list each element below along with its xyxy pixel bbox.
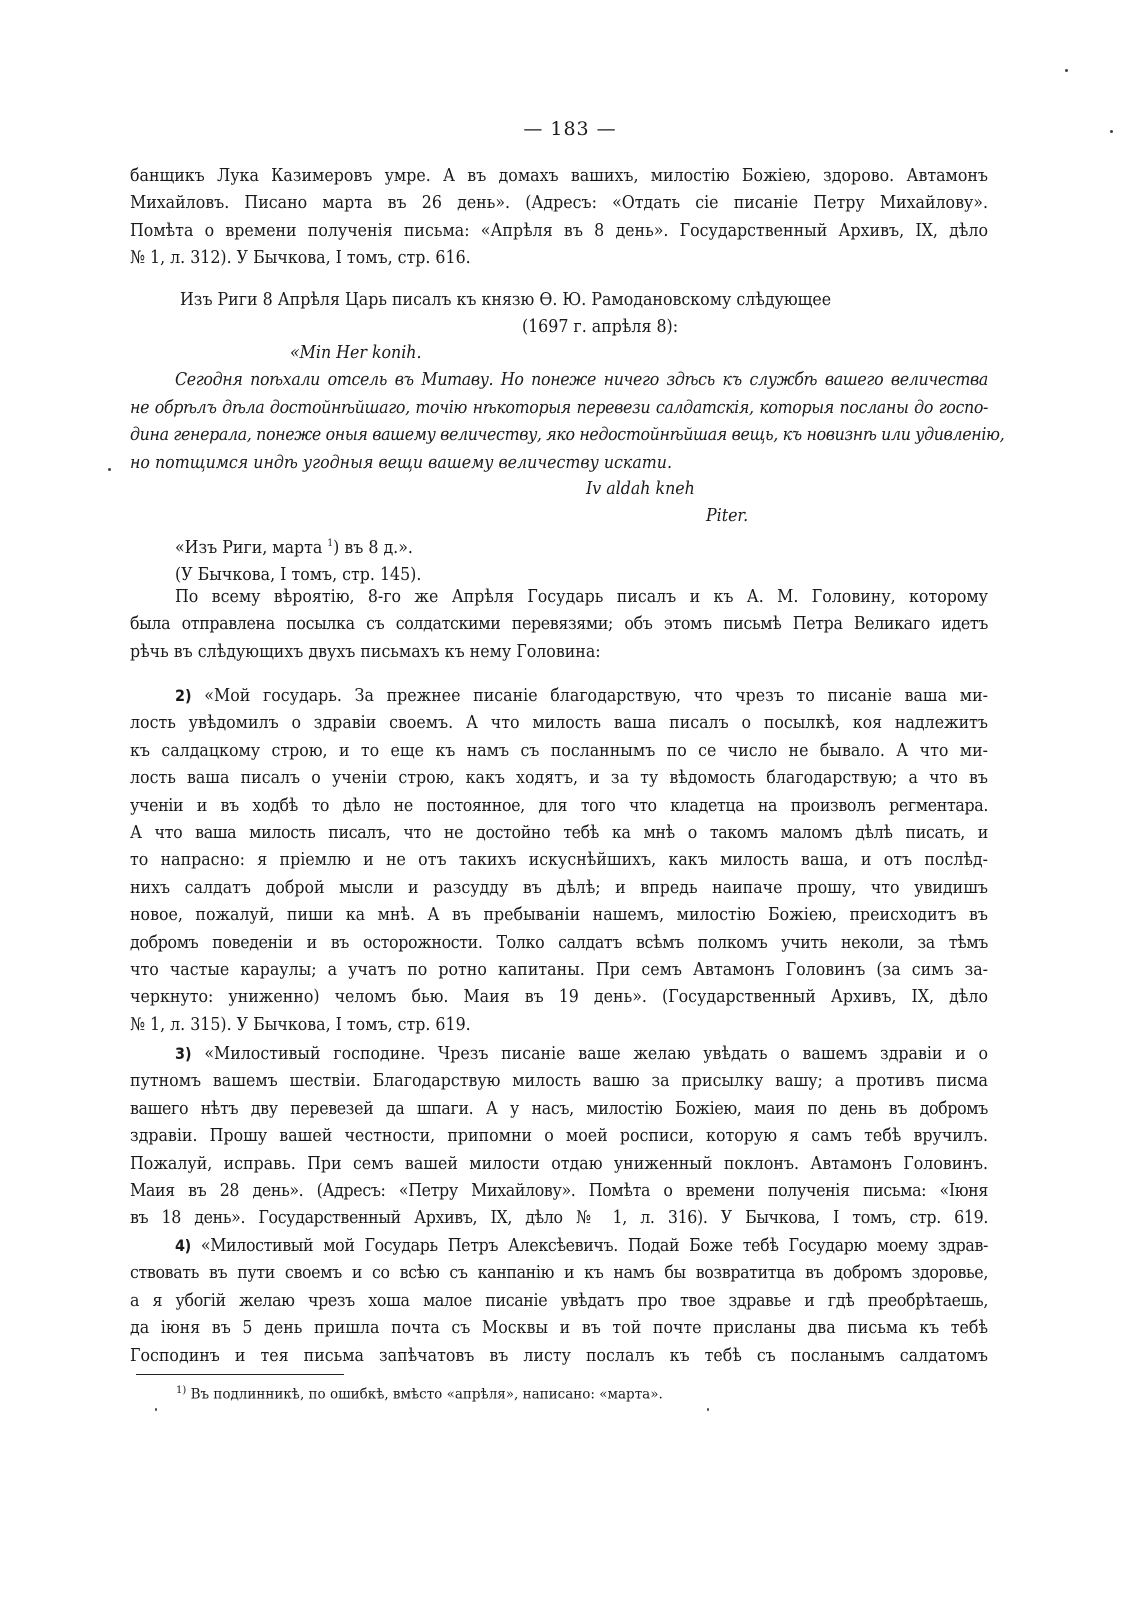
footnote: 1) Въ подлинникѣ, по ошибкѣ, вмѣсто «апр… bbox=[176, 1385, 663, 1403]
signature-line-1: Iv aldah kneh bbox=[586, 476, 695, 503]
text-line: къ салдацкому строю, и то еще къ намъ съ… bbox=[130, 738, 988, 765]
text-line: путномъ вашемъ шествіи. Благодарствую ми… bbox=[130, 1068, 988, 1095]
text-line: ученіи и въ ходбѣ то дѣло не постоянное,… bbox=[130, 793, 988, 820]
text-line: Маия въ 28 день». (Адресъ: «Петру Михайл… bbox=[130, 1178, 988, 1205]
scan-speck bbox=[1065, 69, 1068, 72]
text-line: вашего нѣтъ дву перевезей да шпаги. А у … bbox=[130, 1096, 988, 1123]
letter-2: 2) «Мой государь. За прежнее писаніе бла… bbox=[130, 682, 988, 1039]
heading-date: (1697 г. апрѣля 8): bbox=[522, 317, 678, 337]
text-span: «Милостивый господине. Чрезъ писаніе ваш… bbox=[204, 1044, 988, 1064]
text-line: то напрасно: я пріемлю и не отъ такихъ и… bbox=[130, 847, 988, 874]
text-line: № 1, л. 312). У Бычкова, I томъ, стр. 61… bbox=[130, 245, 988, 272]
text-line: черкнуто: униженно) челомъ бью. Маия въ … bbox=[130, 984, 988, 1011]
dateline-prefix: «Изъ Риги, марта bbox=[175, 538, 322, 558]
text-line: ствовать въ пути своемъ и со всѣю съ кан… bbox=[130, 1260, 988, 1287]
text-line: что частые караулы; а учатъ по ротно кап… bbox=[130, 957, 988, 984]
transition-paragraph: По всему вѣроятію, 8-го же Апрѣля Госуда… bbox=[130, 584, 988, 666]
text-line: 3) «Милостивый господине. Чрезъ писаніе … bbox=[130, 1040, 988, 1068]
riga-heading-date: (1697 г. апрѣля 8): bbox=[300, 314, 900, 341]
text-line: 4) «Милостивый мой Государь Петръ Алексѣ… bbox=[130, 1232, 988, 1260]
text-span: «Милостивый мой Государь Петръ Алексѣеви… bbox=[201, 1236, 988, 1256]
dateline: «Изъ Риги, марта 1) въ 8 д.». bbox=[130, 530, 988, 562]
text-line: нихъ салдатъ доброй мысли и разсудду въ … bbox=[130, 875, 988, 902]
text-line: а я убогій желаю чрезъ хоша малое писані… bbox=[130, 1288, 988, 1315]
salutation: «Min Her konih. bbox=[130, 340, 988, 367]
text-line: въ 18 день». Государственный Архивъ, IX,… bbox=[130, 1205, 988, 1232]
intro-paragraph: банщикъ Лука Казимеровъ умре. А въ домах… bbox=[130, 163, 988, 273]
text-line: лость ваша писалъ о ученіи строю, какъ х… bbox=[130, 765, 988, 792]
text-line: Сегодня поѣхали отсель въ Митаву. Но пон… bbox=[130, 367, 988, 394]
text-line: была отправлена посылка съ солдатскими п… bbox=[130, 611, 988, 638]
text-line: По всему вѣроятію, 8-го же Апрѣля Госуда… bbox=[130, 584, 988, 611]
footnote-marker: 1) bbox=[176, 1385, 186, 1396]
text-line: но потщимся индѣ угодныя вещи вашему вел… bbox=[130, 450, 988, 477]
scan-speck bbox=[1110, 130, 1113, 133]
text-line: дина генерала, понеже оныя вашему величе… bbox=[130, 422, 988, 449]
letter-1: «Min Her konih. Сегодня поѣхали отсель в… bbox=[130, 340, 988, 477]
text-line: добромъ поведеніи и въ осторожности. Тол… bbox=[130, 930, 988, 957]
text-line: рѣчь въ слѣдующихъ двухъ письмахъ къ нем… bbox=[130, 639, 988, 666]
text-line: Помѣта о времени полученія письма: «Апрѣ… bbox=[130, 218, 988, 245]
text-line: здравіи. Прошу вашей честности, припомни… bbox=[130, 1123, 988, 1150]
text-line: 2) «Мой государь. За прежнее писаніе бла… bbox=[130, 682, 988, 710]
text-line: лость увѣдомилъ о здравіи своемъ. А что … bbox=[130, 710, 988, 737]
letter-number: 3) bbox=[175, 1044, 192, 1063]
heading-line: Изъ Риги 8 Апрѣля Царь писалъ къ князю Ѳ… bbox=[150, 287, 960, 314]
signature-line-2: Piter. bbox=[706, 503, 748, 530]
riga-heading: Изъ Риги 8 Апрѣля Царь писалъ къ князю Ѳ… bbox=[150, 287, 960, 314]
text-line: не обрѣлъ дѣла достойнѣйшаго, точію нѣко… bbox=[130, 395, 988, 422]
text-line: Пожалуй, исправь. При семъ вашей милости… bbox=[130, 1151, 988, 1178]
letter-3: 3) «Милостивый господине. Чрезъ писаніе … bbox=[130, 1040, 988, 1233]
scan-speck bbox=[108, 468, 111, 471]
document-page: — 183 — банщикъ Лука Казимеровъ умре. А … bbox=[0, 0, 1140, 1619]
dateline-suffix: ) въ 8 д.». bbox=[333, 538, 413, 558]
text-line: А что ваша милость писалъ, что не достой… bbox=[130, 820, 988, 847]
footnote-text: Въ подлинникѣ, по ошибкѣ, вмѣсто «апрѣля… bbox=[191, 1387, 663, 1403]
text-line: новое, пожалуй, пиши ка мнѣ. А въ пребыв… bbox=[130, 902, 988, 929]
footnote-divider bbox=[136, 1374, 344, 1375]
scan-speck bbox=[155, 1408, 157, 1411]
text-line: банщикъ Лука Казимеровъ умре. А въ домах… bbox=[130, 163, 988, 190]
text-span: «Мой государь. За прежнее писаніе благод… bbox=[204, 686, 988, 706]
page-number: — 183 — bbox=[0, 118, 1140, 140]
scan-speck bbox=[707, 1408, 709, 1411]
text-line: да іюня въ 5 день пришла почта съ Москвы… bbox=[130, 1315, 988, 1342]
letter-number: 2) bbox=[175, 686, 192, 705]
text-line: № 1, л. 315). У Бычкова, I томъ, стр. 61… bbox=[130, 1012, 988, 1039]
letter-number: 4) bbox=[175, 1236, 191, 1255]
letter-1-dateline: «Изъ Риги, марта 1) въ 8 д.». (У Бычкова… bbox=[130, 530, 988, 590]
letter-4: 4) «Милостивый мой Государь Петръ Алексѣ… bbox=[130, 1232, 988, 1370]
text-line: Господинъ и тея письма запѣчатовъ въ лис… bbox=[130, 1343, 988, 1370]
text-line: Михайловъ. Писано марта въ 26 день». (Ад… bbox=[130, 190, 988, 217]
